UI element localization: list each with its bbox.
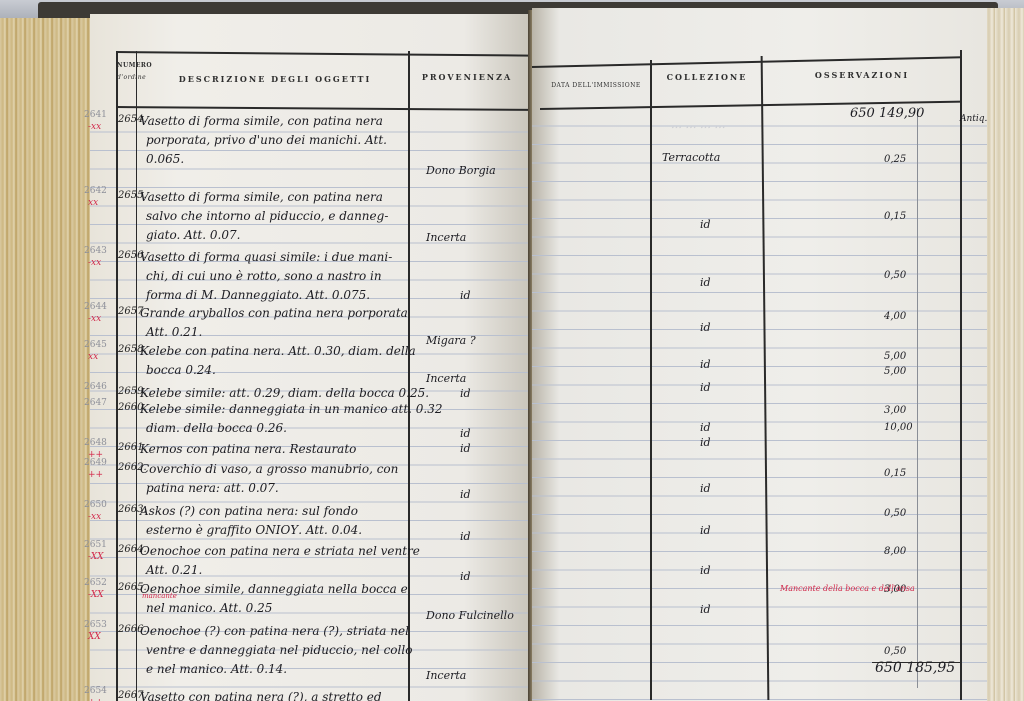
left-page: NUMERO d'ordine DESCRIZIONE DEGLI OGGETT… <box>90 14 530 701</box>
entry-provenienza: Dono Fulcinello <box>426 609 514 622</box>
entry-description-line: Askos (?) con patina nera: sul fondo <box>140 504 358 518</box>
value-amount: 10,00 <box>884 422 913 433</box>
entry-description-line: salvo che intorno al piduccio, e danneg- <box>146 209 388 223</box>
table-top-border <box>532 56 962 68</box>
entry-description-line: Vasetto con patina nera (?), a stretto e… <box>140 690 382 701</box>
value-amount: 5,00 <box>884 366 906 377</box>
entry-description-line: Oenochoe con patina nera e striata nel v… <box>140 544 420 558</box>
table-left-border <box>116 51 118 701</box>
old-inventory-number: 2653 <box>84 620 107 630</box>
table-right-border <box>960 50 962 700</box>
header-ordine-label: d'ordine <box>117 72 137 84</box>
page-edges-right <box>985 8 1024 701</box>
old-inventory-number: 2649 <box>84 458 107 468</box>
collezione-ditto: id <box>700 276 711 289</box>
header-numero-label: NUMERO <box>117 60 137 72</box>
value-amount: 4,00 <box>884 311 906 322</box>
red-check-mark: xx <box>88 352 98 362</box>
red-annotation: Mancante della bocca e dell'ansa <box>780 584 915 593</box>
red-note: mancante <box>142 592 177 600</box>
old-inventory-number: 2641 <box>84 110 107 120</box>
page-edges-left <box>0 18 95 701</box>
entry-description-line: patina nera: att. 0.07. <box>146 481 279 495</box>
collezione-ditto: id <box>700 564 711 577</box>
old-inventory-number: 2643 <box>84 246 107 256</box>
red-check-mark: -xx <box>88 122 101 132</box>
value-amount: 0,25 <box>884 154 906 165</box>
entry-description-line: Coverchio di vaso, a grosso manubrio, co… <box>140 462 398 476</box>
value-amount: 0,50 <box>884 646 906 657</box>
entry-description-line: ventre e danneggiata nel piduccio, nel c… <box>146 643 412 657</box>
entry-description-line: e nel manico. Att. 0.14. <box>146 662 287 676</box>
collezione-ditto: id <box>700 358 711 371</box>
header-descrizione: DESCRIZIONE DEGLI OGGETTI <box>150 74 400 84</box>
header-numero: NUMERO d'ordine <box>117 60 137 84</box>
collezione-ditto: id <box>700 218 711 231</box>
value-amount: 0,50 <box>884 270 906 281</box>
entry-description-line: Att. 0.21. <box>146 563 202 577</box>
entry-provenienza: id <box>460 488 471 501</box>
entry-description-line: Kelebe con patina nera. Att. 0.30, diam.… <box>140 344 416 358</box>
column-divider <box>408 51 410 701</box>
old-inventory-number: 2652 <box>84 578 107 588</box>
old-inventory-number: 2642 <box>84 186 107 196</box>
old-inventory-number: 2647 <box>84 398 107 408</box>
old-inventory-number: 2645 <box>84 340 107 350</box>
entry-provenienza: Incerta <box>426 231 466 244</box>
header-provenienza: PROVENIENZA <box>412 72 522 82</box>
entry-description-line: porporata, privo d'uno dei manichi. Att. <box>146 133 387 147</box>
entry-description-line: Vasetto di forma simile, con patina nera <box>140 114 383 128</box>
collezione-ditto: id <box>700 603 711 616</box>
ruled-lines <box>532 108 987 701</box>
table-top-border <box>116 51 530 57</box>
red-check-mark: -XX <box>88 552 104 562</box>
margin-note: Antiq. <box>960 114 987 124</box>
header-osservazioni: OSSERVAZIONI <box>772 70 952 80</box>
collezione-ditto: id <box>700 482 711 495</box>
entry-description-line: giato. Att. 0.07. <box>146 228 240 242</box>
value-amount: 5,00 <box>884 351 906 362</box>
entry-provenienza: Incerta <box>426 669 466 682</box>
collezione-terracotta: Terracotta <box>662 151 720 164</box>
entry-description-line: diam. della bocca 0.26. <box>146 421 287 435</box>
red-check-mark: xx <box>88 198 98 208</box>
entry-provenienza: id <box>460 442 471 455</box>
old-inventory-number: 2648 <box>84 438 107 448</box>
value-amount: 0,15 <box>884 211 906 222</box>
column-divider <box>136 51 137 701</box>
amount-column-rule <box>917 108 918 688</box>
entry-description-line: Grande aryballos con patina nera porpora… <box>140 306 408 320</box>
red-check-mark: ++ <box>88 470 103 480</box>
right-page: … … … … DATA DELL'IMMISSIONE COLLEZIONE … <box>532 8 987 701</box>
header-data-immissione: DATA DELL'IMMISSIONE <box>544 80 648 92</box>
entry-description-line: Kelebe simile: att. 0.29, diam. della bo… <box>140 386 429 400</box>
entry-description-line: chi, di cui uno è rotto, sono a nastro i… <box>146 269 382 283</box>
entry-description-line: Att. 0.21. <box>146 325 202 339</box>
old-inventory-number: 2644 <box>84 302 107 312</box>
entry-provenienza: id <box>460 530 471 543</box>
entry-description-line: nel manico. Att. 0.25 <box>146 601 272 615</box>
bleed-through-text: … … … … <box>670 118 729 131</box>
entry-description-line: Vasetto di forma quasi simile: i due man… <box>140 250 392 264</box>
value-amount: 0,50 <box>884 508 906 519</box>
red-check-mark: XX <box>88 632 101 642</box>
entry-provenienza: Dono Borgia <box>426 164 496 177</box>
carried-total: 650 149,90 <box>850 106 924 121</box>
collezione-ditto: id <box>700 524 711 537</box>
collezione-ditto: id <box>700 421 711 434</box>
final-total: 650 185,95 <box>875 660 955 676</box>
entry-provenienza: Incerta <box>426 372 466 385</box>
old-inventory-number: 2650 <box>84 500 107 510</box>
entry-provenienza: id <box>460 289 471 302</box>
entry-description-line: esterno è graffito ΟΝΙΟΥ. Att. 0.04. <box>146 523 362 537</box>
entry-description-line: Vasetto di forma simile, con patina nera <box>140 190 383 204</box>
value-amount: 3,00 <box>884 405 906 416</box>
collezione-ditto: id <box>700 321 711 334</box>
header-collezione: COLLEZIONE <box>652 72 762 82</box>
entry-description-line: Kelebe simile: danneggiata in un manico … <box>140 402 443 416</box>
entry-description-line: Oenochoe (?) con patina nera (?), striat… <box>140 624 409 638</box>
column-divider <box>650 60 652 700</box>
entry-description-line: forma di M. Danneggiato. Att. 0.075. <box>146 288 370 302</box>
entry-provenienza: Migara ? <box>426 334 476 347</box>
collezione-ditto: id <box>700 436 711 449</box>
entry-description-line: 0.065. <box>146 152 184 166</box>
value-amount: 8,00 <box>884 546 906 557</box>
value-amount: 0,15 <box>884 468 906 479</box>
red-check-mark: -xx <box>88 512 101 522</box>
entry-provenienza: id <box>460 387 471 400</box>
entry-description-line: Oenochoe simile, danneggiata nella bocca… <box>140 582 408 596</box>
header-bottom-border <box>116 106 530 111</box>
entry-description-line: Kernos con patina nera. Restaurato <box>140 442 356 456</box>
old-inventory-number: 2646 <box>84 382 107 392</box>
red-check-mark: -xx <box>88 314 101 324</box>
old-inventory-number: 2654 <box>84 686 107 696</box>
entry-provenienza: id <box>460 570 471 583</box>
red-check-mark: -XX <box>88 590 104 600</box>
red-check-mark: -xx <box>88 258 101 268</box>
collezione-ditto: id <box>700 381 711 394</box>
entry-description-line: bocca 0.24. <box>146 363 216 377</box>
entry-provenienza: id <box>460 427 471 440</box>
old-inventory-number: 2651 <box>84 540 107 550</box>
